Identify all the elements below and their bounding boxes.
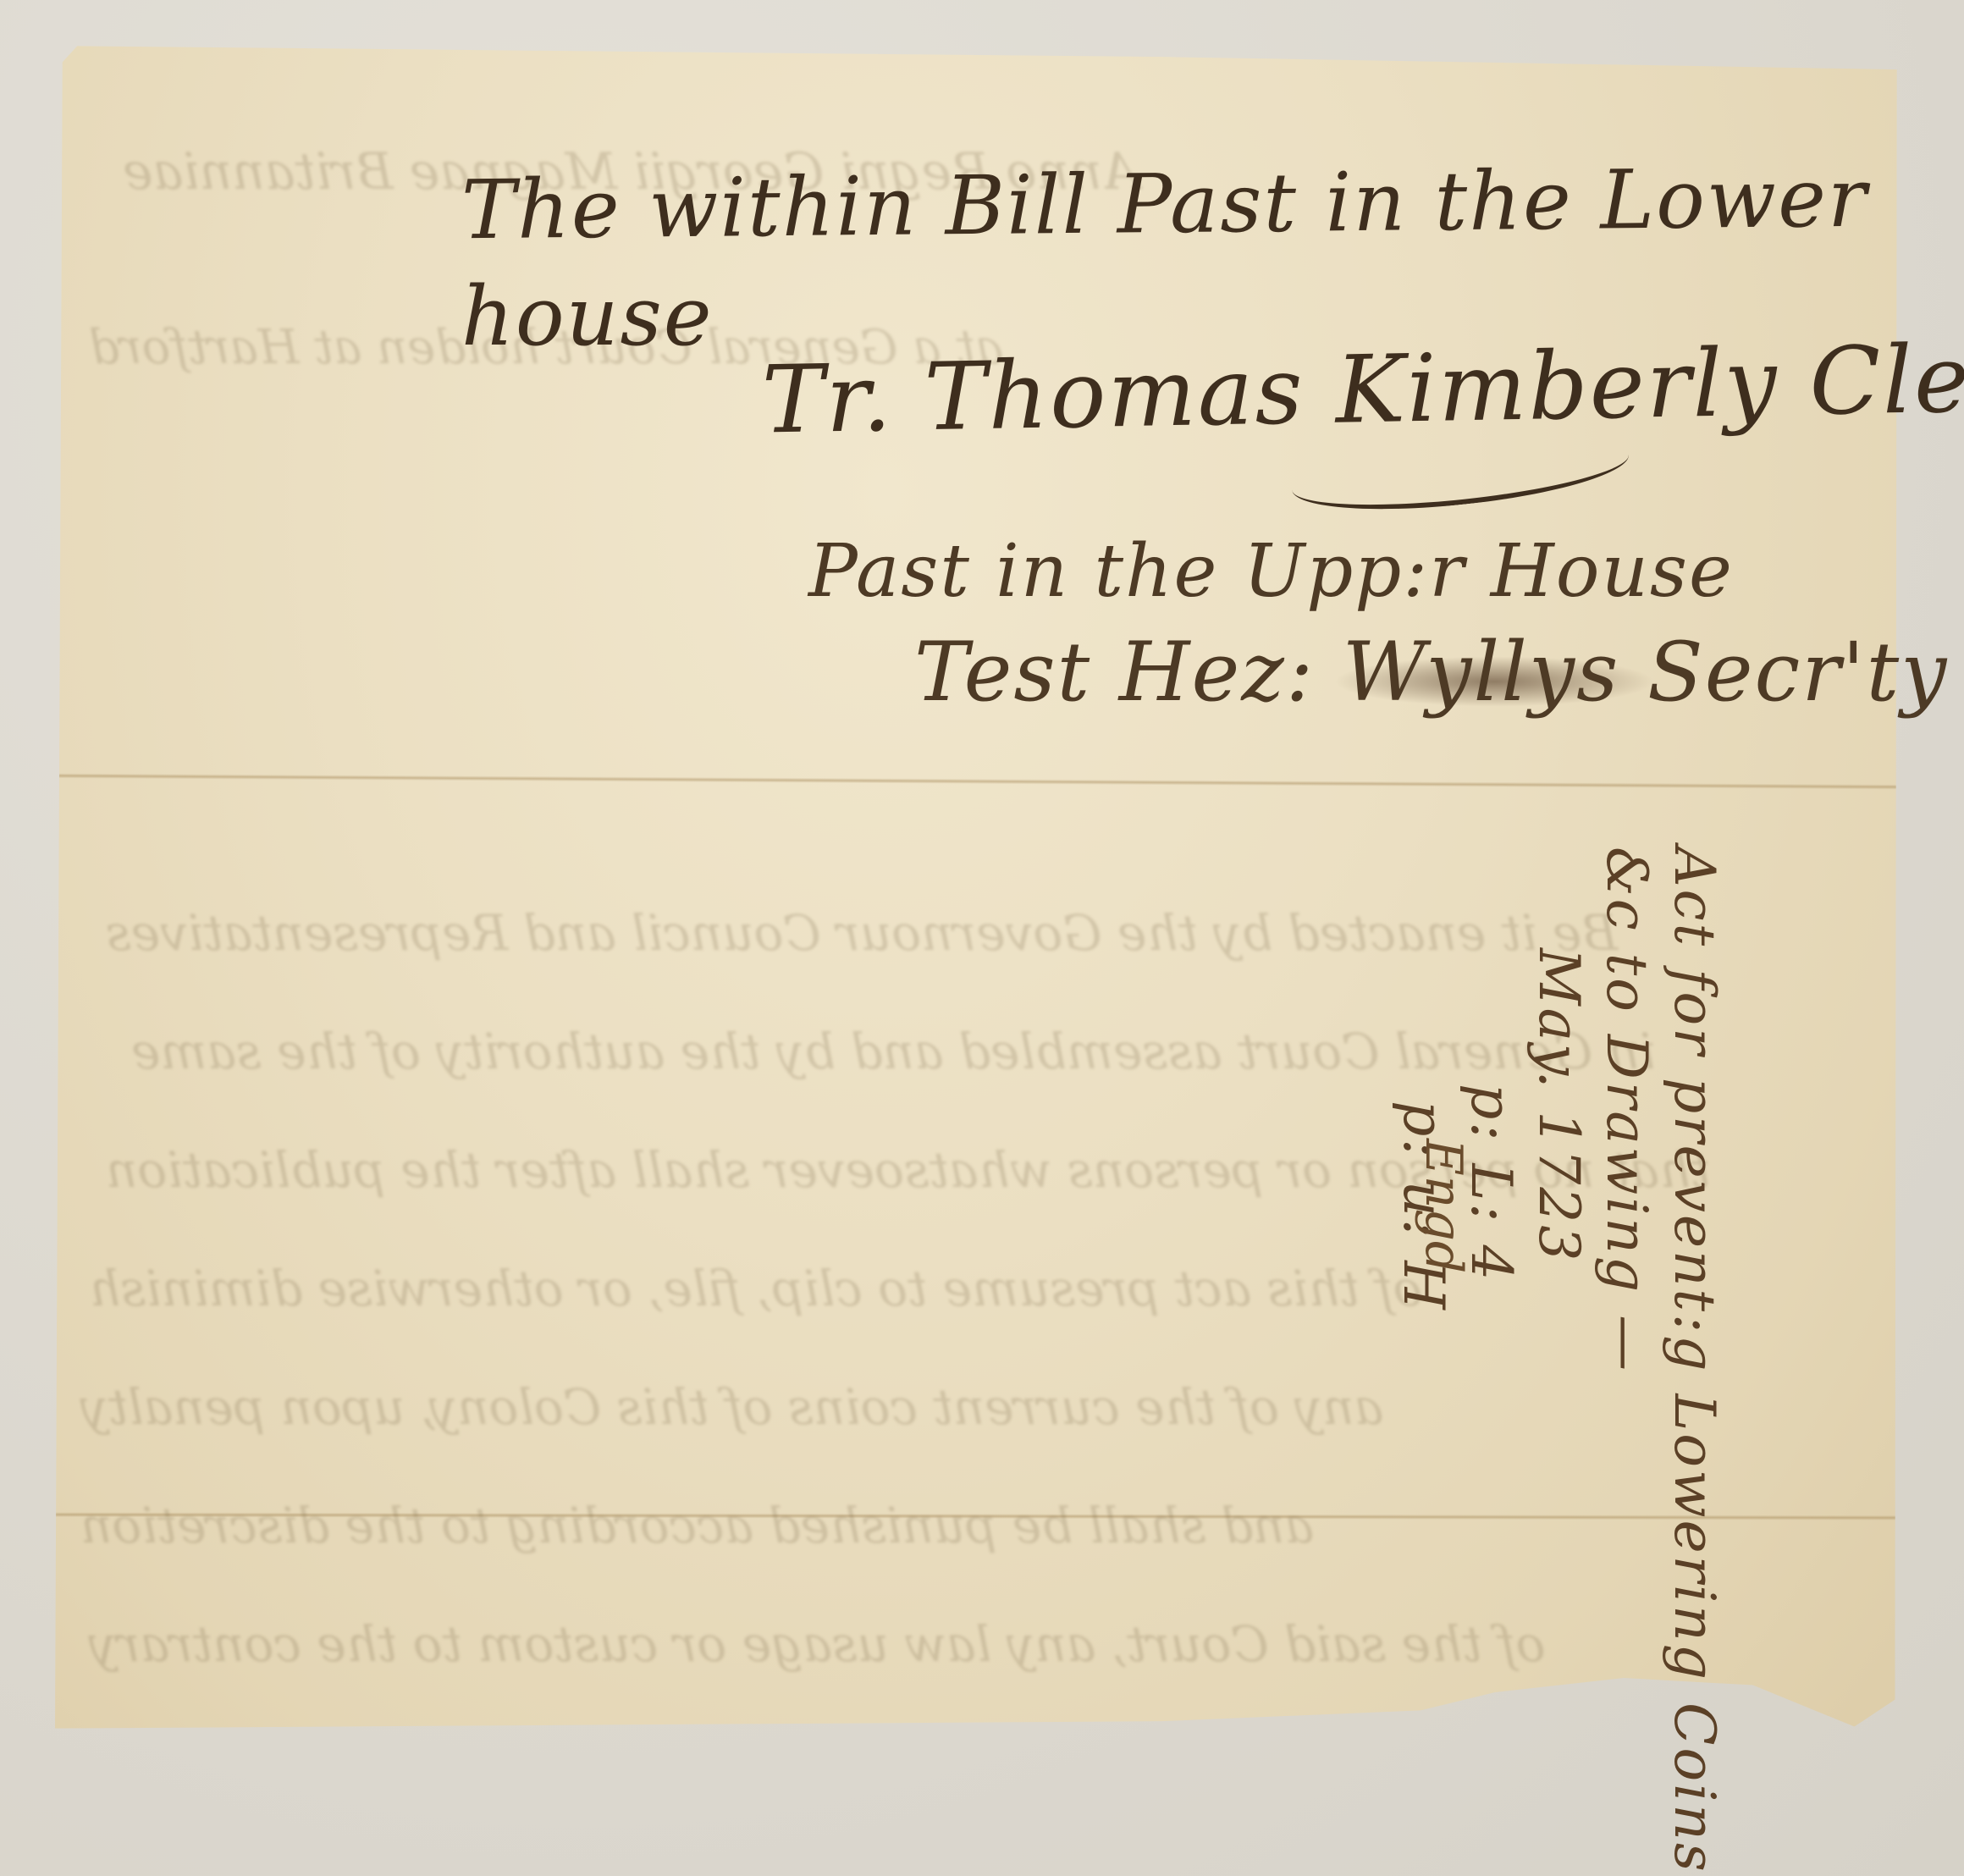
endorsement-line-2: house [461,269,714,364]
bleed-through-text: and shall be punished according to the d… [80,1497,1314,1554]
endorsement-line-1: The within Bill Past in the Lower [461,151,1869,257]
docket-line-3: May. 1723 [1526,948,1592,1263]
secretary-signature: Test Hez: Wyllys Secr'ty [914,625,1948,720]
fold-line-upper [55,773,1901,789]
bleed-through-text: in General Court assembled and by the au… [131,1023,1656,1080]
endorsement-line-3: Past in the Upp:r House [808,529,1734,614]
engrossed-mark: Engd [1414,1139,1473,1273]
docket-line-2: &c to Drawing — [1594,847,1659,1373]
bleed-through-text: of this act presume to clip, file, or ot… [89,1260,1422,1317]
docket-line-1: Act for prevent:g Lowering Coins [1662,847,1727,1874]
bleed-through-text: any of the current coins of this Colony,… [80,1378,1383,1436]
bleed-through-text: Be it enacted by the Governour Council a… [106,904,1618,962]
clerk-signature: Tr. Thomas Kimberly Clerk [761,323,1964,454]
bleed-through-text: of the said Court, any law usage or cust… [89,1615,1546,1673]
